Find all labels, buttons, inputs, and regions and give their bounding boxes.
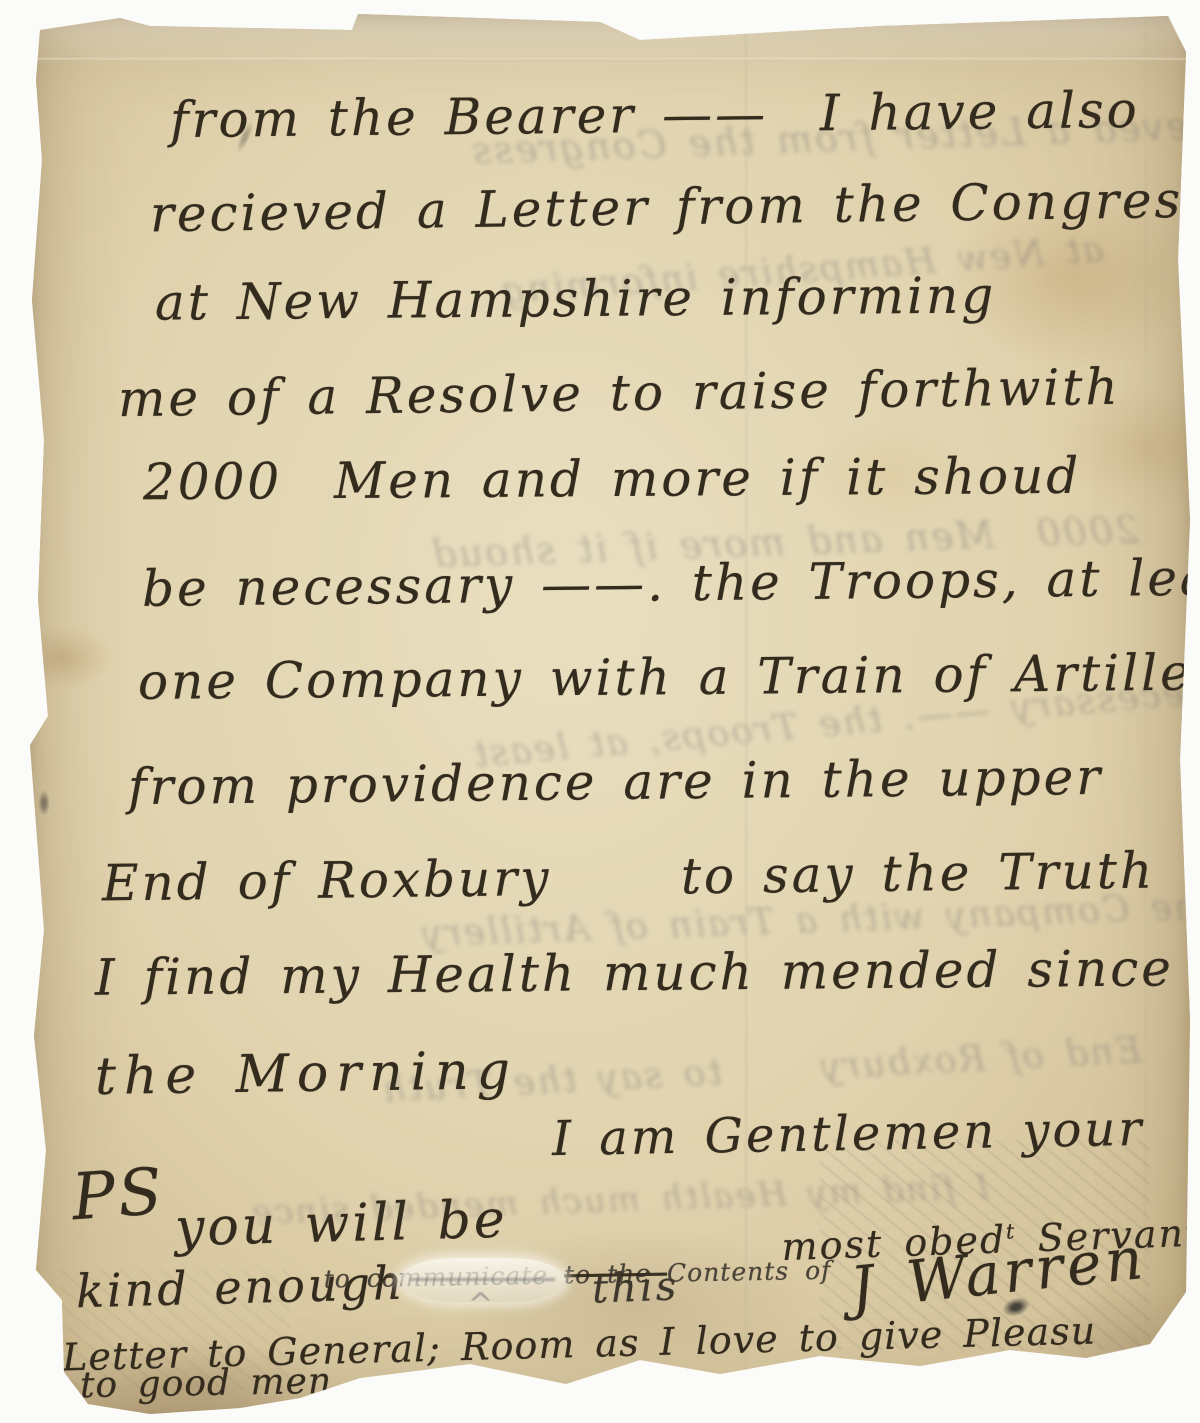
handwritten-line: 2000 Men and more if it shoud bbox=[143, 449, 1082, 511]
scan-background: recieved a Letter from the Congress at N… bbox=[0, 0, 1200, 1423]
handwritten-line: End of Roxbury to say the Truth bbox=[102, 844, 1156, 912]
postscript-word: this bbox=[591, 1264, 680, 1311]
handwritten-line: at New Hampshire informing bbox=[155, 268, 997, 330]
handwritten-line: be necessary ——. the Troops, at least bbox=[142, 550, 1192, 617]
ink-blot bbox=[38, 790, 50, 816]
erasure-smudge bbox=[400, 1258, 565, 1302]
handwritten-line: from providence are in the upper bbox=[128, 750, 1104, 815]
horizontal-fold-crease bbox=[28, 58, 1192, 61]
handwritten-line: one Company with a Train of Artillery bbox=[138, 645, 1192, 710]
closing-line: I am Gentlemen your bbox=[552, 1103, 1145, 1166]
handwritten-line: I find my Health much mended since bbox=[95, 941, 1174, 1005]
handwritten-line: me of a Resolve to raise forthwith bbox=[118, 360, 1121, 427]
postscript-label: PS bbox=[70, 1157, 168, 1234]
handwritten-line: recieved a Letter from the Congress bbox=[150, 173, 1192, 243]
handwritten-line: from the Bearer —— I have also bbox=[170, 83, 1140, 148]
postscript-line: kind enough bbox=[75, 1258, 406, 1317]
handwritten-line: the Morning bbox=[95, 1043, 519, 1106]
paper: recieved a Letter from the Congress at N… bbox=[28, 12, 1192, 1416]
postscript-line: to good men bbox=[80, 1362, 333, 1406]
